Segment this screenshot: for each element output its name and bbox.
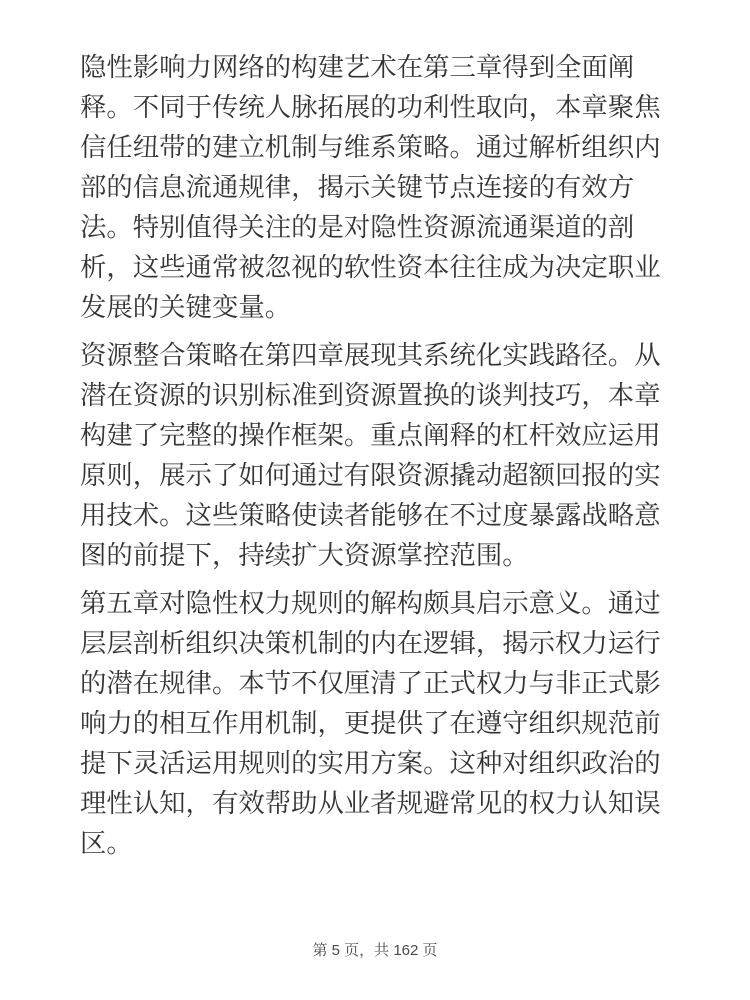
page-content: 隐性影响力网络的构建艺术在第三章得到全面阐释。不同于传统人脉拓展的功利性取向，本… — [80, 47, 663, 863]
paragraph-chapter3-overview: 隐性影响力网络的构建艺术在第三章得到全面阐释。不同于传统人脉拓展的功利性取向，本… — [80, 47, 663, 327]
page-number-indicator: 第 5 页，共 162 页 — [312, 942, 437, 959]
paragraph-chapter4-overview: 资源整合策略在第四章展现其系统化实践路径。从潜在资源的识别标准到资源置换的谈判技… — [80, 335, 663, 575]
paragraph-chapter5-overview: 第五章对隐性权力规则的解构颇具启示意义。通过层层剖析组织决策机制的内在逻辑，揭示… — [80, 583, 663, 863]
page-footer: 第 5 页，共 162 页 — [0, 940, 750, 962]
document-page: 隐性影响力网络的构建艺术在第三章得到全面阐释。不同于传统人脉拓展的功利性取向，本… — [0, 0, 750, 1000]
